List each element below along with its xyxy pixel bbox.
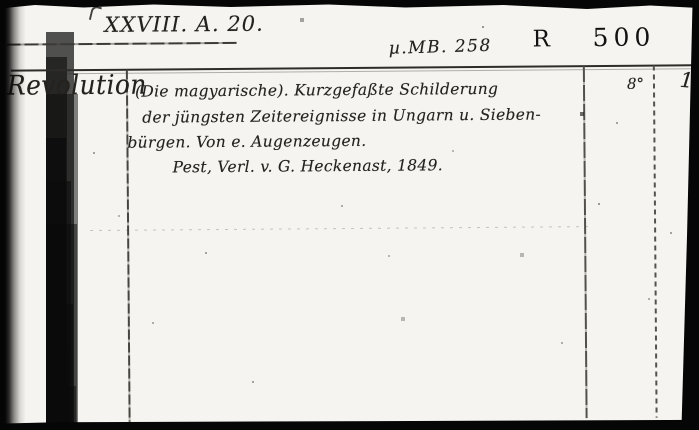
card-content: XXVIII. A. 20. µ.MB. 258 R 500 Revolutio… <box>0 0 699 430</box>
classmark-text: XXVIII. A. 20. <box>104 12 263 37</box>
scanned-catalog-card: XXVIII. A. 20. µ.MB. 258 R 500 Revolutio… <box>0 0 699 430</box>
scan-noise-speckles <box>0 0 2 2</box>
entry-title-line-1: (Die magyarische). Kurzgefaßte Schilderu… <box>135 80 498 101</box>
headword-column-divider <box>126 70 131 422</box>
entry-title-line-3: bürgen. Von e. Augenzeugen. <box>127 132 366 152</box>
stray-pen-mark <box>89 5 102 22</box>
card-number-text: 500 <box>593 23 656 52</box>
format-mark: 8° <box>627 75 644 93</box>
entry-imprint: Pest, Verl. v. G. Heckenast, 1849. <box>173 156 443 176</box>
shelfmark-text: µ.MB. 258 <box>388 36 492 59</box>
entry-headword: Revolution <box>7 70 147 102</box>
classmark-underline <box>7 42 237 46</box>
entry-title-line-2: der jüngsten Zeitereignisse in Ungarn u.… <box>142 105 541 126</box>
format-column-divider <box>583 66 588 418</box>
series-letter-text: R <box>533 26 551 52</box>
faint-smudge-line <box>90 226 590 231</box>
copies-column-divider <box>653 66 658 418</box>
scan-edge-left <box>0 0 26 430</box>
